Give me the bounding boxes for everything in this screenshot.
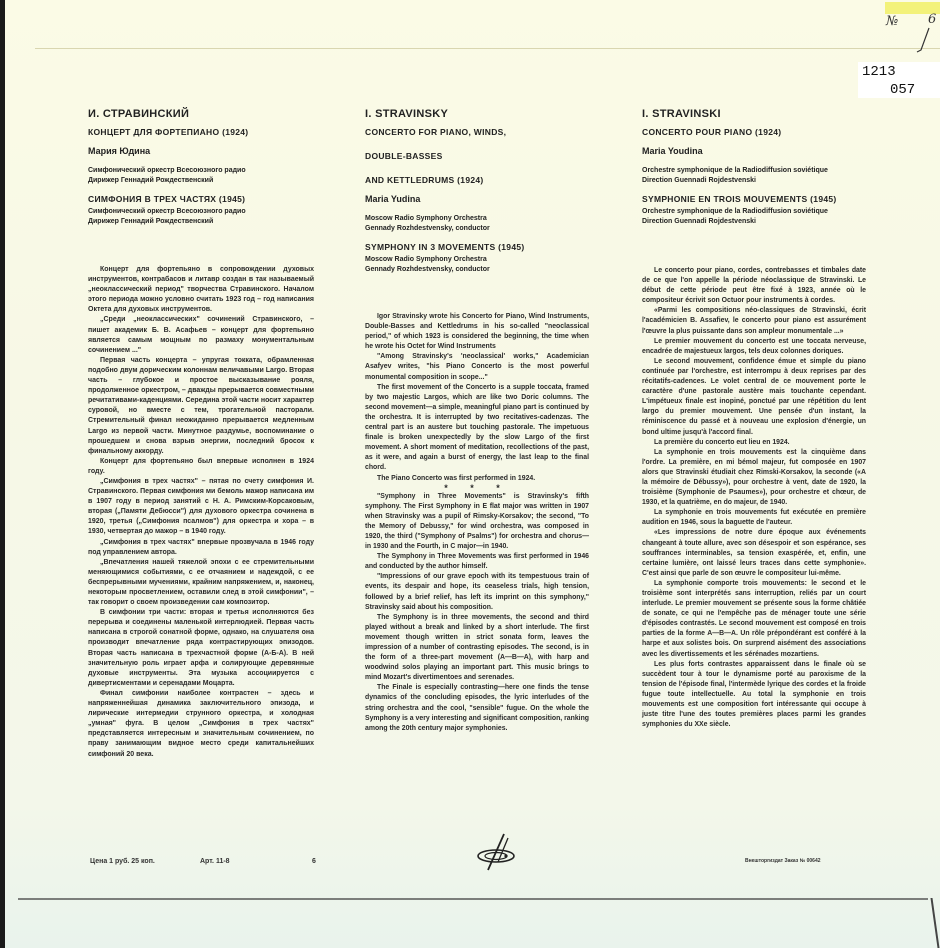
paragraph: La première du concerto eut lieu en 1924…: [642, 438, 866, 448]
work1-orchestra: Moscow Radio Symphony Orchestra: [365, 214, 587, 224]
work2-orchestra: Moscow Radio Symphony Orchestra: [365, 255, 587, 265]
russian-credits: И. СТРАВИНСКИЙ КОНЦЕРТ ДЛЯ ФОРТЕПИАНО (1…: [88, 108, 308, 235]
paragraph: «Parmi les compositions néo-classiques d…: [642, 306, 866, 336]
english-notes-part1: Igor Stravinsky wrote his Concerto for P…: [365, 312, 589, 484]
composer-name: И. СТРАВИНСКИЙ: [88, 108, 308, 120]
paragraph: The Symphony is in three movements, the …: [365, 613, 589, 684]
paragraph: Le premier mouvement du concerto est une…: [642, 337, 866, 357]
paragraph: "Among Stravinsky's 'neoclassical' works…: [365, 352, 589, 382]
sleeve-edge: [0, 0, 5, 948]
composer-name: I. STRAVINSKI: [642, 108, 864, 120]
paragraph: La symphonie en trois mouvements est la …: [642, 448, 866, 509]
melodiya-logo-icon: [470, 830, 526, 874]
paragraph: La symphonie comporte trois mouvements: …: [642, 579, 866, 660]
paragraph: Концерт для фортепьяно был впервые испол…: [88, 457, 314, 477]
paragraph: „Симфония в трех частях" – пятая по счет…: [88, 477, 314, 538]
bottom-fold-line: [18, 898, 928, 900]
catalog-line-2: 057: [890, 82, 915, 98]
paragraph: „Среди „неоклассических" сочинений Страв…: [88, 315, 314, 355]
work1-title: CONCERTO POUR PIANO (1924): [642, 127, 864, 137]
work1-orchestra: Orchestre symphonique de la Radiodiffusi…: [642, 166, 864, 176]
paragraph: Igor Stravinsky wrote his Concerto for P…: [365, 312, 589, 352]
work2-conductor: Gennady Rozhdestvensky, conductor: [365, 265, 587, 275]
page-number: 6: [312, 858, 316, 865]
paragraph: "Symphony in Three Movements" is Stravin…: [365, 492, 589, 553]
work1-title: КОНЦЕРТ ДЛЯ ФОРТЕПИАНО (1924): [88, 127, 308, 137]
paragraph: Первая часть концерта – упругая токката,…: [88, 356, 314, 457]
work1-conductor: Дирижер Геннадий Рождественский: [88, 176, 308, 186]
record-sleeve-back: № 6 1213 057 И. СТРАВИНСКИЙ КОНЦЕРТ ДЛЯ …: [0, 0, 940, 948]
work1-conductor: Gennady Rozhdestvensky, conductor: [365, 224, 587, 234]
work1-title-line3: AND KETTLEDRUMS (1924): [365, 175, 587, 185]
soloist-name: Maria Yudina: [365, 194, 587, 204]
french-liner-notes: Le concerto pour piano, cordes, contreba…: [642, 266, 866, 730]
section-separator: * * *: [365, 484, 589, 492]
price-label: Цена 1 руб. 25 коп.: [90, 858, 155, 865]
work1-orchestra: Симфонический оркестр Всесоюзного радио: [88, 166, 308, 176]
catalog-line-1: 1213: [862, 64, 896, 80]
paragraph: La symphonie en trois mouvements fut exé…: [642, 508, 866, 528]
work2-conductor: Direction Guennadi Rojdestvenski: [642, 217, 864, 227]
russian-liner-notes: Концерт для фортепьяно в сопровождении д…: [88, 265, 314, 760]
paragraph: Le second mouvement, confidence émue et …: [642, 357, 866, 438]
paragraph: Концерт для фортепьяно в сопровождении д…: [88, 265, 314, 315]
work2-title: SYMPHONIE EN TROIS MOUVEMENTS (1945): [642, 194, 864, 204]
soloist-name: Мария Юдина: [88, 146, 308, 156]
paragraph: В симфонии три части: вторая и третья ис…: [88, 608, 314, 689]
paragraph: The Finale is especially contrasting—her…: [365, 683, 589, 733]
composer-name: I. STRAVINSKY: [365, 108, 587, 120]
english-credits: I. STRAVINSKY CONCERTO FOR PIANO, WINDS,…: [365, 108, 587, 283]
handwritten-number: 6: [928, 12, 936, 27]
work2-conductor: Дирижер Геннадий Рождественский: [88, 217, 308, 227]
paragraph: Les plus forts contrastes apparaissent d…: [642, 660, 866, 731]
paragraph: Финал симфонии наиболее контрастен – зде…: [88, 689, 314, 760]
paragraph: „Впечатления нашей тяжелой эпохи с ее ст…: [88, 558, 314, 608]
pen-stroke-icon: [915, 26, 935, 54]
top-fold-line: [35, 48, 940, 49]
soloist-name: Maria Youdina: [642, 146, 864, 156]
article-label: Арт. 11-8: [200, 858, 230, 865]
work2-title: СИМФОНИЯ В ТРЕХ ЧАСТЯХ (1945): [88, 194, 308, 204]
work1-title-line2: DOUBLE-BASSES: [365, 151, 587, 161]
work1-conductor: Direction Guennadi Rojdestvenski: [642, 176, 864, 186]
english-liner-notes: Igor Stravinsky wrote his Concerto for P…: [365, 312, 589, 734]
work2-title: SYMPHONY IN 3 MOVEMENTS (1945): [365, 242, 587, 252]
handwritten-mark: №: [886, 14, 898, 29]
paragraph: "Impressions of our grave epoch with its…: [365, 572, 589, 612]
catalog-number: 1213 057: [858, 62, 940, 98]
paragraph: The first movement of the Concerto is a …: [365, 383, 589, 474]
paragraph: Le concerto pour piano, cordes, contreba…: [642, 266, 866, 306]
right-fold-edge: [930, 898, 939, 948]
paragraph: „Симфония в трех частях" впервые прозвуч…: [88, 538, 314, 558]
french-credits: I. STRAVINSKI CONCERTO POUR PIANO (1924)…: [642, 108, 864, 235]
english-notes-part2: "Symphony in Three Movements" is Stravin…: [365, 492, 589, 734]
work2-orchestra: Симфонический оркестр Всесоюзного радио: [88, 207, 308, 217]
printer-info: Внешторгиздат Заказ № 00642: [745, 858, 821, 864]
paragraph: The Symphony in Three Movements was firs…: [365, 552, 589, 572]
paragraph: «Les impressions de notre dure époque au…: [642, 528, 866, 578]
work1-title-line1: CONCERTO FOR PIANO, WINDS,: [365, 127, 587, 137]
work2-orchestra: Orchestre symphonique de la Radiodiffusi…: [642, 207, 864, 217]
